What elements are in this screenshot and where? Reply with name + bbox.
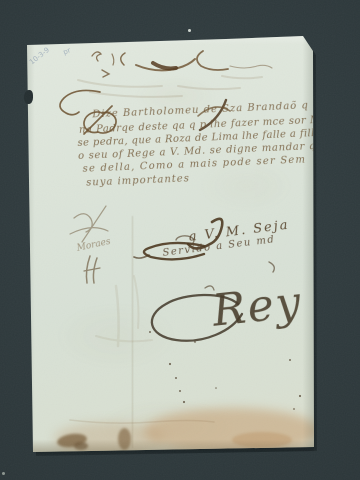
- manuscript-page: 10-3-9 pr Dize Bartholomeu de Sza Branda…: [26, 36, 314, 452]
- dust-speck: [188, 29, 191, 32]
- paper-edge-shading: [26, 36, 314, 452]
- dust-speck: [2, 472, 5, 475]
- photo-of-manuscript: 10-3-9 pr Dize Bartholomeu de Sza Branda…: [0, 0, 360, 480]
- paper-edge-tear: [24, 90, 33, 104]
